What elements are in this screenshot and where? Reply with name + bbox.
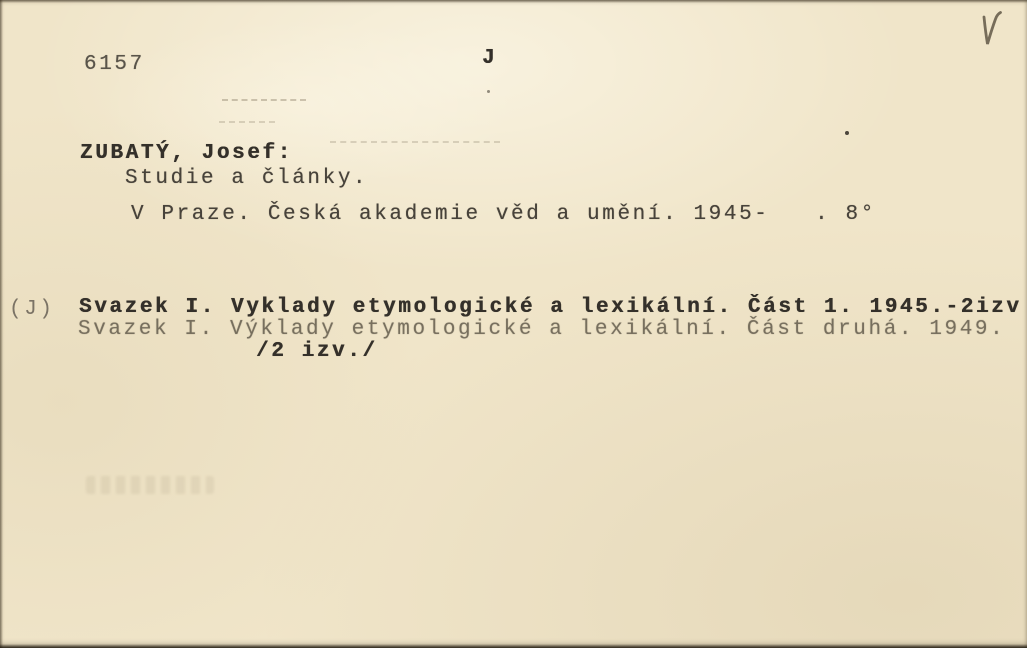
catalog-card: 6157 J ZUBATÝ, Josef: Studie a články. V… bbox=[0, 0, 1027, 648]
scan-edge-left bbox=[0, 0, 3, 648]
ink-speck bbox=[487, 90, 490, 93]
volume-marginal-label: (J) bbox=[9, 299, 55, 320]
imprint-line: V Praze. Česká akademie věd a umění. 194… bbox=[131, 204, 876, 225]
volume-line-1: Svazek I. Vyklady etymologické a lexikál… bbox=[79, 297, 1022, 318]
scan-edge-bottom bbox=[0, 644, 1027, 648]
call-number: 6157 bbox=[84, 54, 145, 75]
volume-line-2-carbon-copy: Svazek I. Výklady etymologické a lexikál… bbox=[78, 319, 1005, 340]
section-letter: J bbox=[482, 48, 497, 69]
erased-pencil-marks bbox=[222, 99, 306, 101]
scan-edge-top bbox=[0, 0, 1027, 3]
ink-speck bbox=[845, 131, 849, 135]
volume-line-3: /2 izv./ bbox=[256, 341, 378, 362]
pencil-checkmark-icon bbox=[972, 6, 1008, 56]
erased-pencil-marks bbox=[219, 121, 275, 123]
ghost-stamp-showthrough bbox=[86, 476, 214, 494]
author-heading: ZUBATÝ, Josef: bbox=[80, 143, 293, 164]
title-line: Studie a články. bbox=[125, 168, 368, 189]
erased-pencil-marks bbox=[330, 141, 500, 143]
